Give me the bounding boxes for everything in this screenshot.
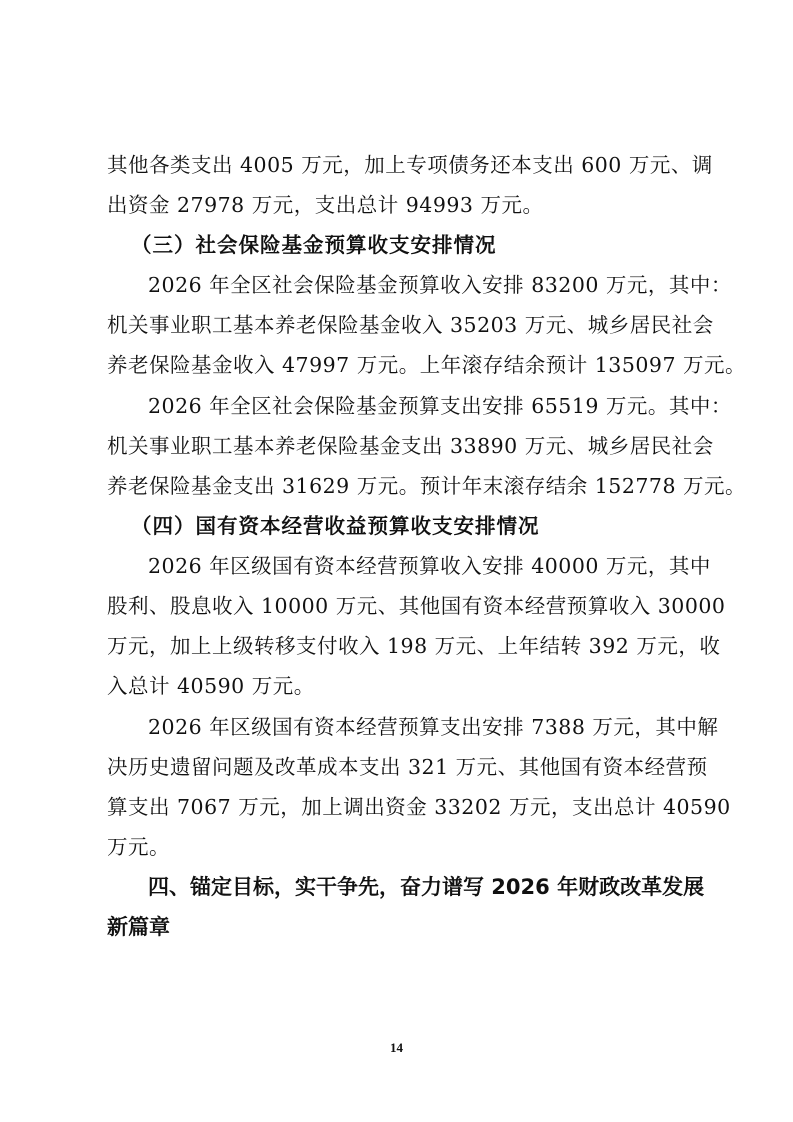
paragraph-line: 万元。 bbox=[107, 833, 691, 861]
chapter-heading-continued: 新篇章 bbox=[107, 913, 691, 941]
paragraph-line: 养老保险基金收入 47997 万元。上年滚存结余预计 135097 万元。 bbox=[107, 351, 691, 379]
paragraph-line: 股利、股息收入 10000 万元、其他国有资本经营预算收入 30000 bbox=[107, 592, 691, 620]
section-heading-3: （三）社会保险基金预算收支安排情况 bbox=[131, 231, 674, 259]
paragraph-line: 2026 年全区社会保险基金预算收入安排 83200 万元，其中： bbox=[148, 271, 691, 299]
document-page: 其他各类支出 4005 万元，加上专项债务还本支出 600 万元、调 出资金 2… bbox=[0, 0, 793, 1122]
paragraph-line: 其他各类支出 4005 万元，加上专项债务还本支出 600 万元、调 bbox=[107, 151, 691, 179]
paragraph-line: 入总计 40590 万元。 bbox=[107, 672, 691, 700]
paragraph-line: 2026 年区级国有资本经营预算收入安排 40000 万元，其中 bbox=[148, 552, 691, 580]
page-number: 14 bbox=[0, 1040, 793, 1056]
paragraph-line: 2026 年全区社会保险基金预算支出安排 65519 万元。其中： bbox=[148, 392, 691, 420]
paragraph-line: 决历史遗留问题及改革成本支出 321 万元、其他国有资本经营预 bbox=[107, 753, 691, 781]
paragraph-line: 养老保险基金支出 31629 万元。预计年末滚存结余 152778 万元。 bbox=[107, 472, 691, 500]
chapter-heading: 四、锚定目标，实干争先，奋力谱写 2026 年财政改革发展 bbox=[148, 873, 691, 901]
paragraph-line: 算支出 7067 万元，加上调出资金 33202 万元，支出总计 40590 bbox=[107, 793, 691, 821]
paragraph-line: 出资金 27978 万元，支出总计 94993 万元。 bbox=[107, 191, 691, 219]
paragraph-line: 机关事业职工基本养老保险基金收入 35203 万元、城乡居民社会 bbox=[107, 311, 691, 339]
paragraph-line: 万元，加上上级转移支付收入 198 万元、上年结转 392 万元，收 bbox=[107, 632, 691, 660]
paragraph-line: 机关事业职工基本养老保险基金支出 33890 万元、城乡居民社会 bbox=[107, 432, 691, 460]
section-heading-4: （四）国有资本经营收益预算收支安排情况 bbox=[131, 512, 674, 540]
paragraph-line: 2026 年区级国有资本经营预算支出安排 7388 万元，其中解 bbox=[148, 713, 691, 741]
